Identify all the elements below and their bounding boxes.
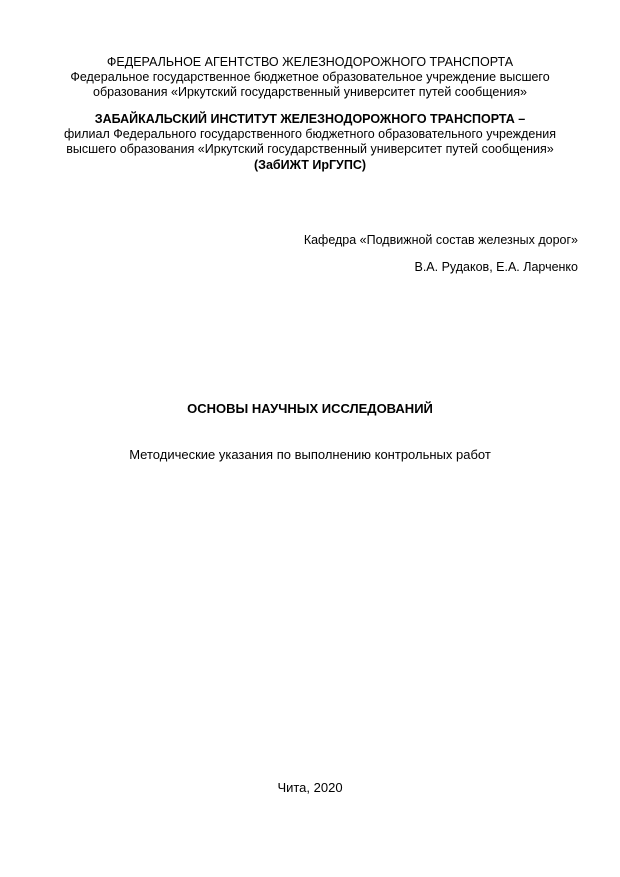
university-name: Федеральное государственное бюджетное об…: [40, 70, 580, 100]
institute-abbreviation: (ЗабИЖТ ИрГУПС): [40, 158, 580, 173]
agency-name: ФЕДЕРАЛЬНОЕ АГЕНТСТВО ЖЕЛЕЗНОДОРОЖНОГО Т…: [40, 55, 580, 70]
document-subtitle: Методические указания по выполнению конт…: [40, 447, 580, 463]
document-title: ОСНОВЫ НАУЧНЫХ ИССЛЕДОВАНИЙ: [40, 401, 580, 417]
imprint-city-year: Чита, 2020: [40, 780, 580, 796]
document-title-page: ФЕДЕРАЛЬНОЕ АГЕНТСТВО ЖЕЛЕЗНОДОРОЖНОГО Т…: [0, 0, 620, 877]
institute-description: филиал Федерального государственного бюд…: [40, 127, 580, 157]
authors: В.А. Рудаков, Е.А. Ларченко: [40, 260, 578, 275]
institute-name: ЗАБАЙКАЛЬСКИЙ ИНСТИТУТ ЖЕЛЕЗНОДОРОЖНОГО …: [40, 112, 580, 127]
department-name: Кафедра «Подвижной состав железных дорог…: [40, 233, 578, 248]
